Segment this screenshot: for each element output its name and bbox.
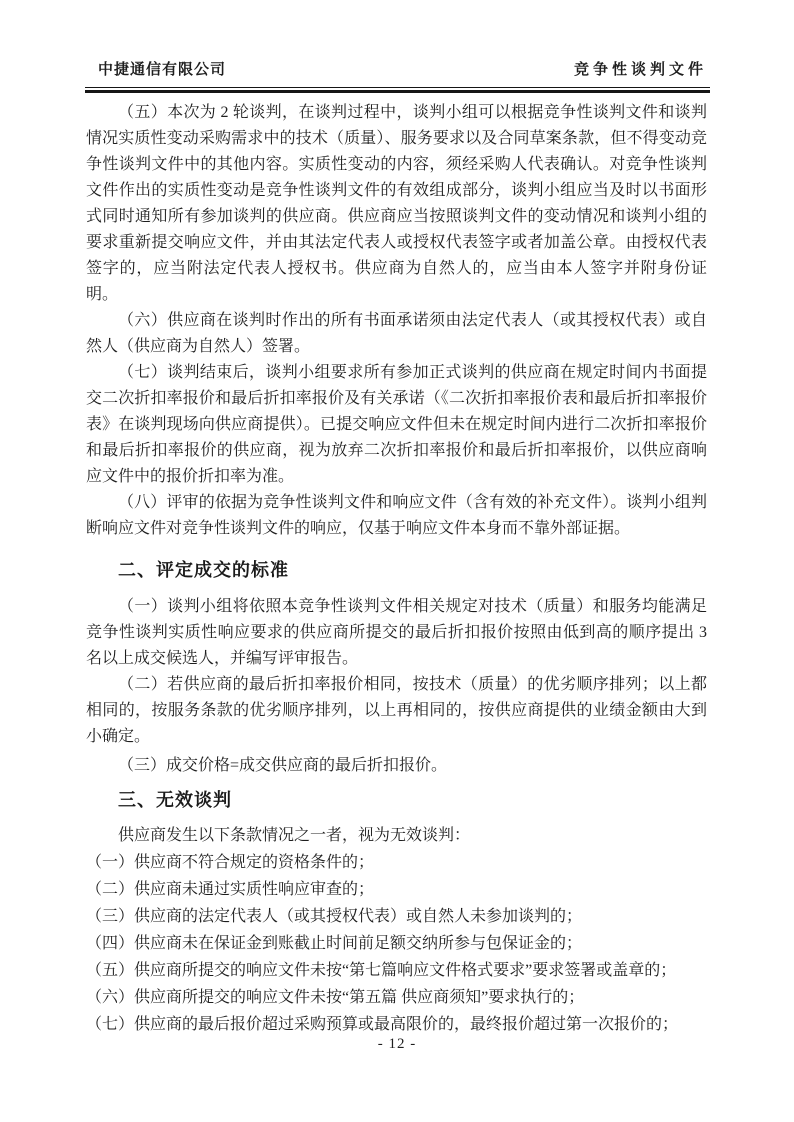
section3-heading: 三、无效谈判 [86, 785, 707, 815]
paragraph-clause-6: （六）供应商在谈判时作出的所有书面承诺须由法定代表人（或其授权代表）或自然人（供… [86, 308, 707, 360]
invalid-negotiation-item-2: （二）供应商未通过实质性响应审查的； [86, 876, 707, 903]
header-document-type: 竞争性谈判文件 [574, 61, 707, 80]
page-number: - 12 - [378, 1036, 417, 1052]
section2-heading: 二、评定成交的标准 [86, 555, 707, 585]
header-company-name: 中捷通信有限公司 [98, 61, 226, 80]
paragraph-clause-7: （七）谈判结束后，谈判小组要求所有参加正式谈判的供应商在规定时间内书面提交二次折… [86, 360, 707, 490]
invalid-negotiation-item-1: （一）供应商不符合规定的资格条件的； [86, 849, 707, 876]
invalid-negotiation-item-5: （五）供应商所提交的响应文件未按“第七篇响应文件格式要求”要求签署或盖章的； [86, 957, 707, 984]
invalid-negotiation-item-3: （三）供应商的法定代表人（或其授权代表）或自然人未参加谈判的； [86, 903, 707, 930]
paragraph-clause-8: （八）评审的依据为竞争性谈判文件和响应文件（含有效的补充文件）。谈判小组判断响应… [86, 490, 707, 542]
section2-paragraph-1: （一）谈判小组将依照本竞争性谈判文件相关规定对技术（质量）和服务均能满足竞争性谈… [86, 594, 707, 672]
section3-intro: 供应商发生以下条款情况之一者，视为无效谈判： [86, 823, 707, 849]
invalid-negotiation-item-4: （四）供应商未在保证金到账截止时间前足额交纳所参与包保证金的； [86, 930, 707, 957]
section2-paragraph-2: （二）若供应商的最后折扣率报价相同，按技术（质量）的优劣顺序排列；以上都相同的，… [86, 672, 707, 750]
paragraph-clause-5: （五）本次为 2 轮谈判，在谈判过程中，谈判小组可以根据竞争性谈判文件和谈判情况… [86, 100, 707, 308]
header-rule-bottom [85, 90, 710, 93]
header-rule-top [85, 87, 710, 88]
invalid-negotiation-item-6: （六）供应商所提交的响应文件未按“第五篇 供应商须知”要求执行的； [86, 984, 707, 1011]
page-header: 中捷通信有限公司 竞争性谈判文件 [86, 61, 707, 80]
page-footer: - 12 - [0, 1036, 794, 1053]
document-body: （五）本次为 2 轮谈判，在谈判过程中，谈判小组可以根据竞争性谈判文件和谈判情况… [86, 100, 707, 1038]
invalid-negotiation-item-7: （七）供应商的最后报价超过采购预算或最高限价的，最终报价超过第一次报价的； [86, 1011, 707, 1038]
document-page: 中捷通信有限公司 竞争性谈判文件 （五）本次为 2 轮谈判，在谈判过程中，谈判小… [0, 0, 794, 1122]
section2-paragraph-3: （三）成交价格=成交供应商的最后折扣报价。 [86, 753, 707, 779]
